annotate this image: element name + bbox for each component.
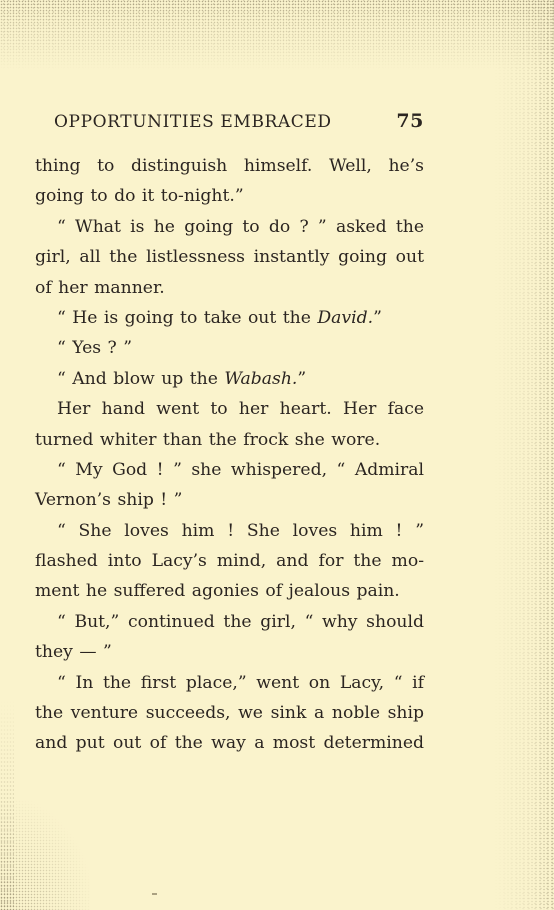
text-line: flashed into Lacy’s mind, and for the mo… [35, 546, 424, 576]
text-line: thing to distinguish himself. Well, he’s [35, 151, 424, 181]
scan-grain-top [0, 0, 554, 70]
text-line: “ And blow up the Wabash.” [35, 364, 424, 394]
text-line: “ But,” continued the girl, “ why should [35, 607, 424, 637]
text-line: “ Yes ? ” [35, 333, 424, 363]
page-number: 75 [396, 110, 424, 132]
text-line: “ My God ! ” she whispered, “ Admiral [35, 455, 424, 485]
scan-grain-bottom-left [0, 800, 90, 910]
text-line: Her hand went to her heart. Her face [35, 394, 424, 424]
text-line: “ She loves him ! She loves him ! ” [35, 516, 424, 546]
text-run: “ And blow up the [57, 369, 224, 389]
text-run: ” [373, 308, 382, 328]
text-line: and put out of the way a most determined [35, 728, 424, 758]
ship-name-david: David. [317, 308, 373, 328]
text-line: ment he suffered agonies of jealous pain… [35, 576, 424, 606]
text-line: turned whiter than the frock she wore. [35, 425, 424, 455]
text-line: of her manner. [35, 273, 424, 303]
text-line: Vernon’s ship ! ” [35, 485, 424, 515]
scan-speck [152, 893, 157, 895]
text-line: “ What is he going to do ? ” asked the [35, 212, 424, 242]
text-line: “ He is going to take out the David.” [35, 303, 424, 333]
book-page: OPPORTUNITIES EMBRACED 75 thing to disti… [35, 108, 424, 759]
text-line: “ In the first place,” went on Lacy, “ i… [35, 668, 424, 698]
scan-grain-right [494, 0, 554, 910]
running-head: OPPORTUNITIES EMBRACED 75 [35, 108, 424, 138]
body-text: thing to distinguish himself. Well, he’s… [35, 151, 424, 759]
text-line: the venture succeeds, we sink a noble sh… [35, 698, 424, 728]
running-head-title: OPPORTUNITIES EMBRACED [54, 112, 332, 132]
ship-name-wabash: Wabash. [224, 369, 297, 389]
scan-grain-left [0, 700, 14, 910]
text-run: ” [297, 369, 306, 389]
text-line: girl, all the listlessness instantly goi… [35, 242, 424, 272]
text-line: they — ” [35, 637, 424, 667]
text-run: “ He is going to take out the [57, 308, 317, 328]
text-line: going to do it to-night.” [35, 181, 424, 211]
